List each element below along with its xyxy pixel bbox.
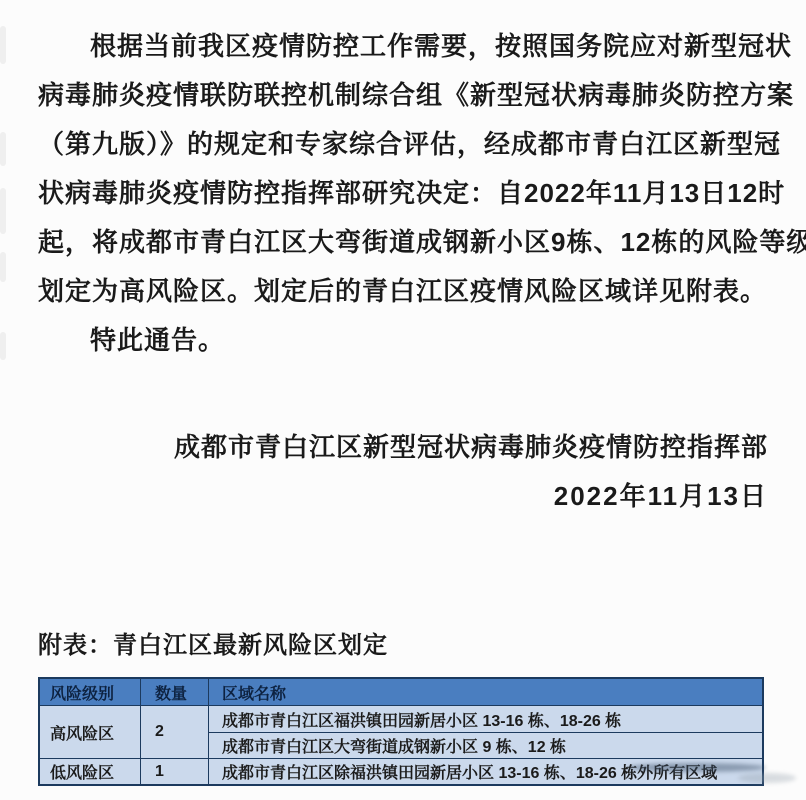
body-line: 状病毒肺炎疫情防控指挥部研究决定：自2022年11月13日12时 xyxy=(38,169,768,218)
header-count: 数量 xyxy=(141,678,209,706)
signature-date: 2022年11月13日 xyxy=(38,472,768,521)
notice-body: 根据当前我区疫情防控工作需要，按照国务院应对新型冠状 病毒肺炎疫情联防联控机制综… xyxy=(38,22,768,365)
notice-page: { "notice": { "body_lines": [ "根据当前我区疫情防… xyxy=(0,0,806,800)
body-line: 病毒肺炎疫情联防联控机制综合组《新型冠状病毒肺炎防控方案 xyxy=(38,71,768,120)
scan-edge-artifact xyxy=(0,188,6,234)
cell-count-high: 2 xyxy=(141,706,209,759)
scan-smudge xyxy=(738,773,796,783)
scan-edge-artifact xyxy=(0,26,6,64)
scan-edge-artifact xyxy=(0,332,6,360)
body-line: 根据当前我区疫情防控工作需要，按照国务院应对新型冠状 xyxy=(38,22,768,71)
body-line: （第九版）》的规定和专家综合评估，经成都市青白江区新型冠 xyxy=(38,120,768,169)
header-area-name: 区域名称 xyxy=(209,678,764,706)
cell-area-name: 成都市青白江区福洪镇田园新居小区 13-16 栋、18-26 栋 xyxy=(209,706,764,733)
notice-document: 根据当前我区疫情防控工作需要，按照国务院应对新型冠状 病毒肺炎疫情联防联控机制综… xyxy=(0,0,806,800)
header-risk-level: 风险级别 xyxy=(39,678,141,706)
cell-risk-level-high: 高风险区 xyxy=(39,706,141,759)
closing-statement: 特此通告。 xyxy=(38,316,768,365)
scan-smudge xyxy=(628,763,766,772)
body-line: 起，将成都市青白江区大弯街道成钢新小区9栋、12栋的风险等级 xyxy=(38,218,768,267)
cell-area-name: 成都市青白江区大弯街道成钢新小区 9 栋、12 栋 xyxy=(209,733,764,759)
signature-authority: 成都市青白江区新型冠状病毒肺炎疫情防控指挥部 xyxy=(38,423,768,472)
scan-edge-artifact xyxy=(0,252,6,282)
body-line: 划定为高风险区。划定后的青白江区疫情风险区域详见附表。 xyxy=(38,267,768,316)
table-row: 低风险区 1 成都市青白江区除福洪镇田园新居小区 13-16 栋、18-26 栋… xyxy=(39,759,763,786)
cell-count-low: 1 xyxy=(141,759,209,786)
cell-risk-level-low: 低风险区 xyxy=(39,759,141,786)
table-row: 高风险区 2 成都市青白江区福洪镇田园新居小区 13-16 栋、18-26 栋 xyxy=(39,706,763,733)
table-header-row: 风险级别 数量 区域名称 xyxy=(39,678,763,706)
appendix-title: 附表：青白江区最新风险区划定 xyxy=(38,629,768,663)
scan-edge-artifact xyxy=(0,132,6,166)
